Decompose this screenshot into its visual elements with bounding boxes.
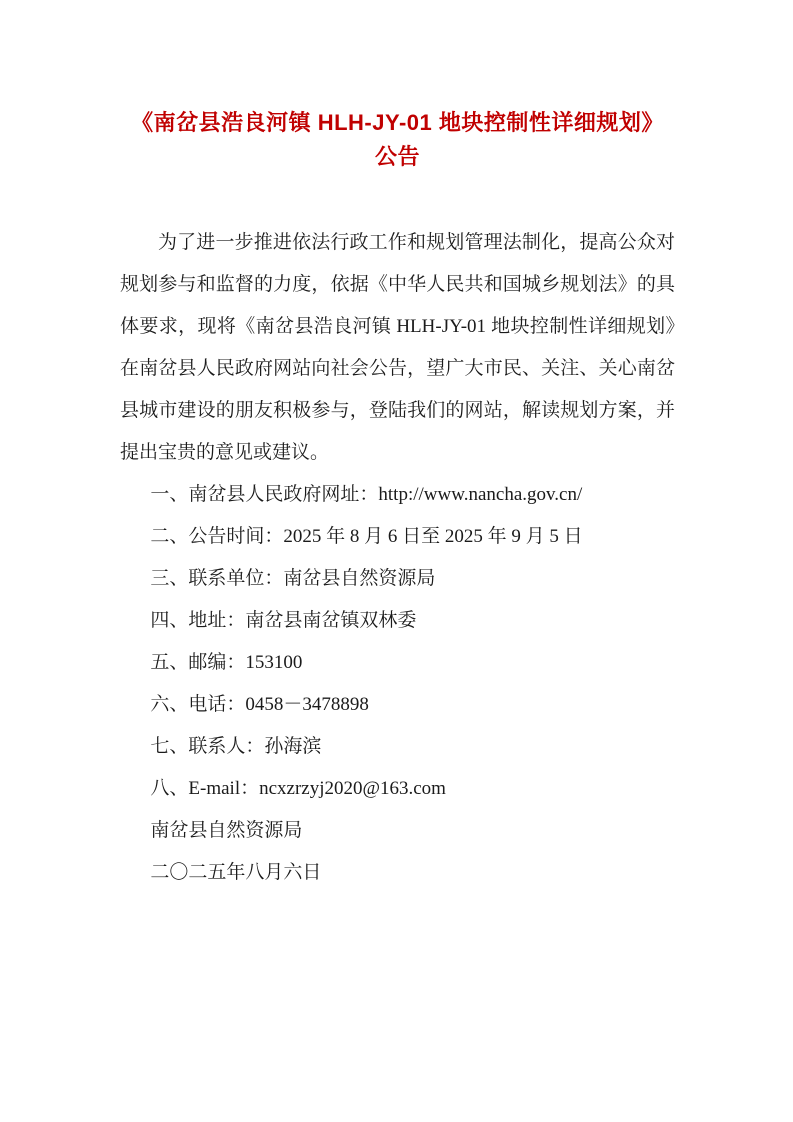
notice-item-email: 八、E-mail：ncxzrzyj2020@163.com — [120, 768, 675, 810]
notice-item-address: 四、地址：南岔县南岔镇双林委 — [120, 600, 675, 642]
notice-item-unit: 三、联系单位：南岔县自然资源局 — [120, 558, 675, 600]
notice-item-website: 一、南岔县人民政府网址：http://www.nancha.gov.cn/ — [120, 474, 675, 516]
page-title: 《南岔县浩良河镇 HLH-JY-01 地块控制性详细规划》公告 — [120, 106, 675, 174]
notice-item-phone: 六、电话：0458－3478898 — [120, 684, 675, 726]
signature-line: 南岔县自然资源局 — [120, 810, 675, 852]
notice-item-contact: 七、联系人：孙海滨 — [120, 726, 675, 768]
date-line: 二〇二五年八月六日 — [120, 852, 675, 894]
notice-item-period: 二、公告时间：2025 年 8 月 6 日至 2025 年 9 月 5 日 — [120, 516, 675, 558]
intro-paragraph: 为了进一步推进依法行政工作和规划管理法制化，提高公众对规划参与和监督的力度，依据… — [120, 222, 675, 474]
notice-item-postcode: 五、邮编：153100 — [120, 642, 675, 684]
announcement-page: 《南岔县浩良河镇 HLH-JY-01 地块控制性详细规划》公告 为了进一步推进依… — [0, 0, 793, 1122]
